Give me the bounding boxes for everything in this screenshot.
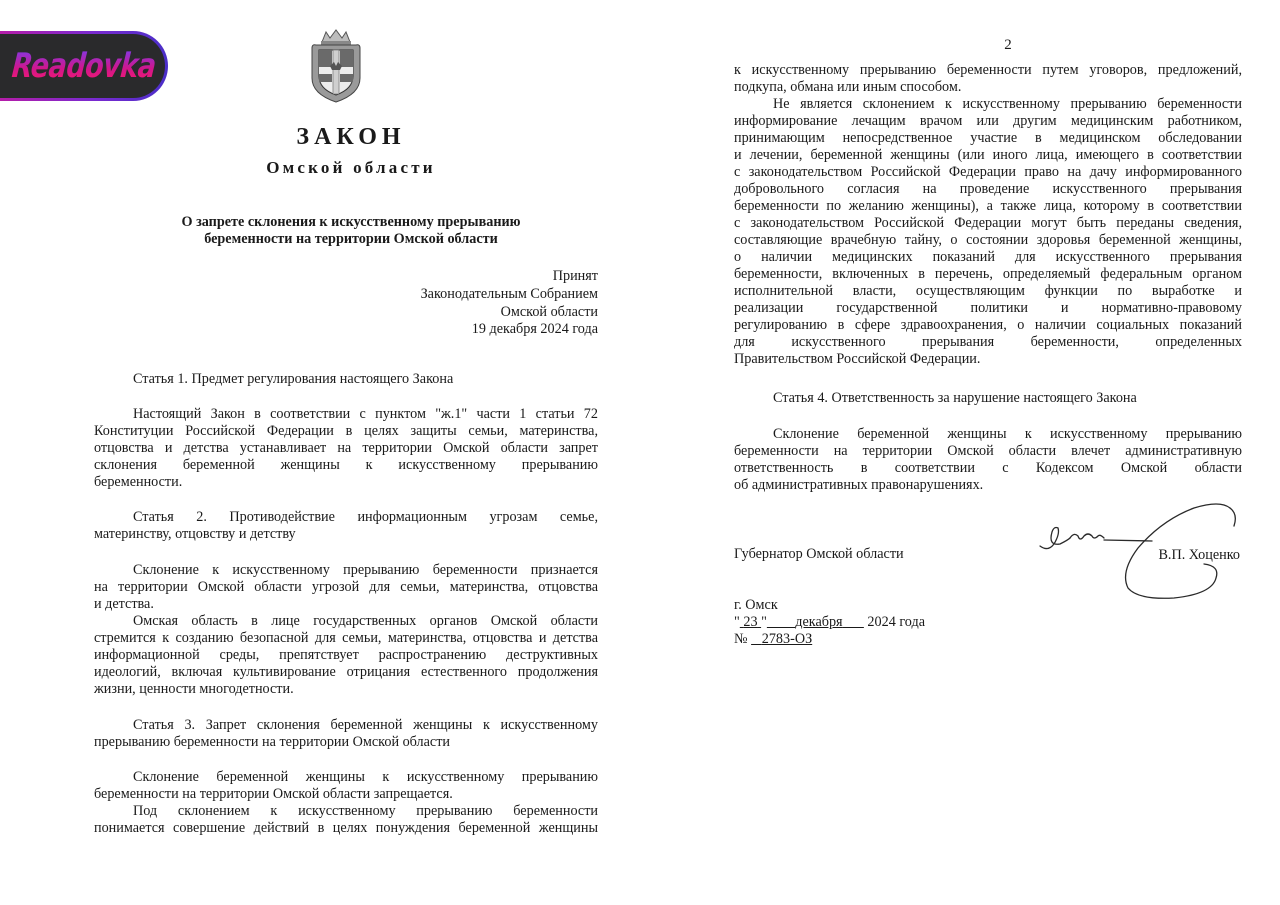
article-2-heading: материнству, отцовству и детству [94, 526, 598, 543]
exception-line: Правительством Российской Федерации. [734, 351, 1242, 368]
article-4-heading: Статья 4. Ответственность за нарушение н… [734, 390, 1242, 407]
article-1-line: склонения беременной женщины к искусстве… [94, 457, 598, 474]
article-3-heading: Статья 3. Запрет склонения беременной же… [94, 717, 598, 734]
coat-of-arms-icon [308, 28, 364, 104]
article-3-para-2-line: понимается совершение действий в целях п… [94, 820, 598, 837]
article-2-para-1-line: и детства. [94, 596, 598, 613]
page-number: 2 [734, 37, 1242, 54]
article-2-para-1-line: на территории Омской области угрозой для… [94, 579, 598, 596]
article-2-para-2-line: информационной среды, препятствует распр… [94, 647, 598, 664]
article-2-para-2-line: жизни, ценности многодетности. [94, 681, 598, 698]
date-day: 23 [740, 614, 761, 630]
date-month: декабря [767, 614, 864, 630]
continuation-line: к искусственному прерыванию беременности… [734, 62, 1242, 79]
article-2-para-2-line: Омская область в лице государственных ор… [94, 613, 598, 630]
article-3-para-1-line: Склонение беременной женщины к искусстве… [94, 769, 598, 786]
article-4-line: Склонение беременной женщины к искусстве… [734, 426, 1242, 443]
continuation-line: подкупа, обмана или иным способом. [734, 79, 1242, 96]
article-1-line: отцовства и детства устанавливает на тер… [94, 440, 598, 457]
article-1-line: Конституции Российской Федерации в целях… [94, 423, 598, 440]
document-title: ЗАКОН [94, 124, 598, 151]
article-4-line: беременности на территории Омской област… [734, 443, 1242, 460]
governor-signature-icon [1034, 500, 1244, 610]
document-page-2: 2 к искусственному прерыванию беременнос… [734, 0, 1242, 905]
exception-line: с законодательством Российской Федерации… [734, 164, 1242, 181]
article-3-para-1-line: беременности на территории Омской област… [94, 786, 598, 803]
adoption-line-1: Принят [94, 268, 598, 285]
exception-line: с законодательством Российской Федерации… [734, 215, 1242, 232]
exception-line: исполнительной власти, осуществляющим фу… [734, 283, 1242, 300]
article-4-line: об административных правонарушениях. [734, 477, 1242, 494]
exception-line: реализации государственной политики и но… [734, 300, 1242, 317]
article-3-para-2-line: Под склонением к искусственному прерыван… [94, 803, 598, 820]
exception-line: для искусственного прерывания беременнос… [734, 334, 1242, 351]
exception-line: и лечении, беременной женщины (или иного… [734, 147, 1242, 164]
exception-line: беременности по желанию женщины), а такж… [734, 198, 1242, 215]
document-page-1: ЗАКОН Омской области О запрете склонения… [94, 0, 598, 905]
article-1-line: беременности. [94, 474, 598, 491]
law-subject-line-1: О запрете склонения к искусственному пре… [94, 214, 598, 231]
article-2-para-2-line: стремится к созданию безопасной для семь… [94, 630, 598, 647]
adoption-line-2: Законодательным Собранием [94, 286, 598, 303]
article-4-line: ответственность в соответствии с Кодексо… [734, 460, 1242, 477]
document-subtitle: Омской области [94, 158, 598, 178]
article-3-heading: прерыванию беременности на территории Ом… [94, 734, 598, 751]
exception-line: составляющие врачебную тайну, о состояни… [734, 232, 1242, 249]
exception-line: принимающим непосредственное участие в м… [734, 130, 1242, 147]
exception-line: Не является склонением к искусственному … [734, 96, 1242, 113]
adoption-line-3: Омской области [94, 304, 598, 321]
article-2-heading: Статья 2. Противодействие информационным… [94, 509, 598, 526]
exception-line: беременности, включенных в перечень, опр… [734, 266, 1242, 283]
adoption-date: 19 декабря 2024 года [94, 321, 598, 338]
article-1-heading: Статья 1. Предмет регулирования настояще… [94, 371, 598, 388]
signing-date: " 23 " декабря 2024 года [734, 614, 1242, 631]
exception-line: добровольного согласия на проведение иск… [734, 181, 1242, 198]
exception-line: регулированию в сфере здравоохранения, о… [734, 317, 1242, 334]
law-number: № 2783-ОЗ [734, 631, 1242, 648]
article-2-para-1-line: Склонение к искусственному прерыванию бе… [94, 562, 598, 579]
exception-line: о наличии медицинских показаний для иску… [734, 249, 1242, 266]
law-subject-line-2: беременности на территории Омской област… [94, 231, 598, 248]
article-2-para-2-line: идеологий, включая культивирование отриц… [94, 664, 598, 681]
article-1-line: Настоящий Закон в соответствии с пунктом… [94, 406, 598, 423]
exception-line: информирование лечащим врачом или другим… [734, 113, 1242, 130]
